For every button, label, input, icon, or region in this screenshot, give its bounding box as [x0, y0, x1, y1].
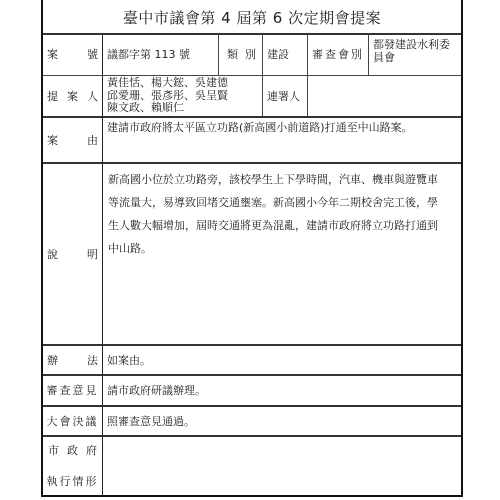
case-number-value: 議都字第 113 號	[103, 34, 218, 75]
proposers-list: 黃佳恬、楊大鋐、吳建德 邱愛珊、張彥彤、吳呈賢 陳文政、賴順仁	[103, 76, 262, 116]
subject-value: 建請市政府將太平區立功路(新高國小前道路)打通至中山路案。	[103, 121, 461, 161]
label-char: 辦	[47, 354, 58, 367]
label-char: 人	[87, 90, 98, 103]
proposer-line: 陳文政、賴順仁	[107, 102, 258, 115]
proposer-line: 黃佳恬、楊大鋐、吳建德	[107, 77, 258, 90]
execution-label: 市 政 府 執行情形	[43, 437, 102, 497]
explanation-line: 中山路。	[108, 237, 456, 260]
label-char: 案	[67, 90, 78, 103]
execution-value	[103, 437, 461, 495]
label-char: 提	[47, 90, 58, 103]
label-char: 政	[67, 444, 78, 457]
explanation-line: 等流量大，易導致回堵交通壅塞。新高國小今年二期校舍完工後，學	[108, 191, 456, 214]
explanation-line: 生人數大幅增加，屆時交通將更為混亂，建請市政府將立功路打通到	[108, 214, 456, 237]
label-char: 府	[86, 444, 97, 457]
cosigner-label: 連署人	[263, 76, 307, 116]
category-value: 建設	[263, 34, 307, 75]
review-label: 審查意見	[43, 376, 102, 405]
label-char: 明	[87, 248, 98, 261]
case-number-label: 案 號	[43, 34, 102, 75]
execution-label-line1: 市 政 府	[43, 444, 102, 457]
label-char: 別	[245, 48, 256, 61]
category-label: 類 別	[219, 34, 262, 75]
resolution-label: 大會決議	[43, 407, 102, 435]
method-value: 如案由。	[103, 346, 461, 374]
label-char: 市	[48, 444, 59, 457]
review-value: 請市政府研議辦理。	[103, 376, 461, 405]
explanation-label: 說 明	[43, 164, 102, 344]
execution-label-line2: 執行情形	[43, 475, 102, 488]
divider	[43, 116, 461, 118]
label-char: 說	[47, 248, 58, 261]
label-char: 案	[47, 134, 58, 147]
label-char: 法	[87, 354, 98, 367]
label-char: 由	[87, 134, 98, 147]
explanation-line: 新高國小位於立功路旁，該校學生上下學時間，汽車、機車與遊覽車	[108, 168, 456, 191]
subject-label: 案 由	[43, 118, 102, 162]
label-char: 號	[87, 48, 98, 61]
label-char: 案	[47, 48, 58, 61]
resolution-value: 照審查意見通過。	[103, 407, 461, 435]
document-title: 臺中市議會第 4 屆第 6 次定期會提案	[43, 0, 461, 34]
proposer-label: 提 案 人	[43, 76, 102, 116]
cosigner-value	[308, 76, 461, 116]
committee-value: 都發建設水利委員會	[369, 38, 461, 75]
committee-label: 審查會別	[308, 34, 368, 75]
label-char: 類	[227, 48, 238, 61]
explanation-text: 新高國小位於立功路旁，該校學生上下學時間，汽車、機車與遊覽車 等流量大，易導致回…	[103, 164, 461, 344]
method-label: 辦 法	[43, 346, 102, 374]
